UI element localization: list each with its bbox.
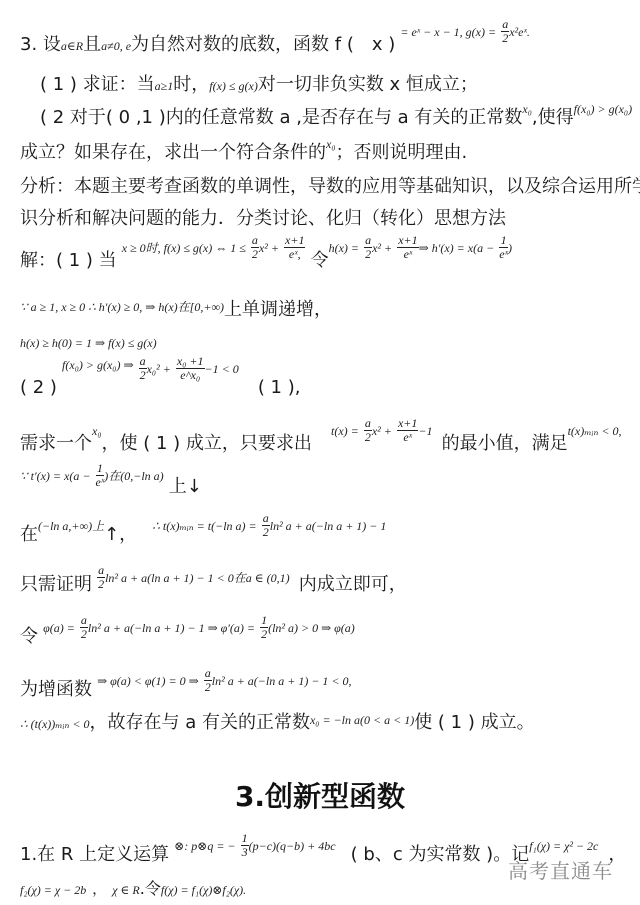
text: 为自然对数的底数，函数 f ( x ) xyxy=(131,34,395,55)
math: x² + xyxy=(259,241,279,255)
text: .令 xyxy=(140,879,161,898)
fraction: x+1eˣ xyxy=(397,234,418,261)
math: f₁(χ) = χ² − 2c xyxy=(529,839,598,853)
math: h(x) = xyxy=(329,241,359,255)
math: ln² a + a(−ln a + 1) − 1 xyxy=(270,519,387,533)
problem3-part2: ( 2 对于( 0 ,1 )内的任意常数 a ,是否存在与 a 有关的正常数x₀… xyxy=(40,103,632,129)
text: 上↓ xyxy=(169,476,202,497)
solution-line3: h(x) ≥ h(0) = 1 ⇒ f(x) ≤ g(x) xyxy=(20,332,157,351)
text: 只需证明 xyxy=(20,574,92,595)
text: ， xyxy=(92,882,106,898)
math: ∵ a ≥ 1, x ≥ 0 ∴ h′(x) ≥ 0, ⇒ h(x)在[0,+∞… xyxy=(20,300,224,314)
math: ⇒ φ(a) < φ(1) = 0 ⇒ xyxy=(97,674,199,688)
text: ，使 ( 1 ) 成立，只要求出 xyxy=(102,433,312,454)
text: 为增函数 xyxy=(20,679,92,700)
math: x² + xyxy=(372,424,392,438)
text: 令 xyxy=(20,626,38,647)
solution-line7: 在(−ln a,+∞)上↑， ∴ t(x)ₘᵢₙ = t(−ln a) = a2… xyxy=(20,510,386,539)
math: x₀ xyxy=(522,102,532,116)
text: 成立？如果存在，求出一个符合条件的 xyxy=(20,142,326,163)
math: a≠0, e xyxy=(101,39,131,53)
solution-line8: 只需证明 a2ln² a + a(ln a + 1) − 1 < 0在a ∈ (… xyxy=(20,562,407,591)
math: ) xyxy=(508,241,512,255)
fraction: 12 xyxy=(260,614,268,641)
math: x₀ xyxy=(92,424,102,438)
math: f₂(χ) = χ − 2b xyxy=(20,883,86,897)
fraction: a2 xyxy=(262,512,270,539)
math: )在(0,−ln a) xyxy=(104,469,163,483)
text: 在 xyxy=(20,524,38,545)
text: 时， xyxy=(173,74,209,95)
text: 3. 设 xyxy=(20,34,61,55)
math: ln² a + a(−ln a + 1) − 1 ⇒ φ′(a) = xyxy=(88,621,255,635)
analysis-line2: 识分析和解决问题的能力．分类讨论、化归（转化）思想方法 xyxy=(20,204,506,230)
fraction: 13 xyxy=(241,832,249,859)
text: 1.在 R 上定义运算 xyxy=(20,844,169,865)
fraction: a2 xyxy=(251,234,259,261)
math: χ ∈ R xyxy=(112,883,140,897)
text: 且 xyxy=(83,34,101,55)
new-problem-line2: f₂(χ) = χ − 2b，χ ∈ R.令f(χ) = f₁(χ)⊗f₂(χ)… xyxy=(20,876,246,899)
math: a∈R xyxy=(61,39,83,53)
math: f(x₀) > g(x₀) xyxy=(574,102,632,116)
math: f(χ) = f₁(χ)⊗f₂(χ). xyxy=(161,883,246,897)
fraction: 1eˣ xyxy=(499,234,508,261)
text: 需求一个 xyxy=(20,433,92,454)
math: ln² a + a(−ln a + 1) − 1 < 0, xyxy=(212,674,352,688)
text: 令 xyxy=(311,250,329,271)
problem3-part1: ( 1 ) 求证：当a≥1时，f(x) ≤ g(x)对一切非负实数 x 恒成立； xyxy=(40,70,478,96)
text: 的最小值，满足 xyxy=(442,433,568,454)
math: ⊗: p⊗q = − xyxy=(174,839,235,853)
solution-line2: ∵ a ≥ 1, x ≥ 0 ∴ h′(x) ≥ 0, ⇒ h(x)在[0,+∞… xyxy=(20,295,332,321)
math: a≥1 xyxy=(155,79,174,93)
watermark: 高考直通车 xyxy=(508,855,613,884)
math: t(x)ₘᵢₙ < 0, xyxy=(568,424,622,438)
math: ∴ t(x)ₘᵢₙ = t(−ln a) = xyxy=(152,519,256,533)
math: ∵ t′(x) = x(a − xyxy=(20,469,90,483)
math: ⇒ h′(x) = x(a − xyxy=(419,241,495,255)
text: 对一切非负实数 x 恒成立； xyxy=(258,74,478,95)
text: ↑， xyxy=(104,524,137,545)
math: x₀² + xyxy=(147,362,171,376)
text: ( b、c 为实常数 )。记 xyxy=(351,844,530,865)
text: 使 ( 1 ) 成立。 xyxy=(414,712,534,733)
math: (p−c)(q−b) + 4bc xyxy=(249,839,336,853)
text: 解：( 1 ) 当 xyxy=(20,250,117,271)
math: = eˣ − x − 1, g(x) = xyxy=(400,25,496,39)
text: ( 2 对于( 0 ,1 )内的任意常数 a ,是否存在与 a 有关的正常数 xyxy=(40,107,522,128)
text: 上单调递增， xyxy=(224,299,332,320)
fraction: x+1eˣ, xyxy=(284,234,305,261)
fraction: a2 xyxy=(364,417,372,444)
text: ，故存在与 a 有关的正常数 xyxy=(90,712,310,733)
text: 识分析和解决问题的能力．分类讨论、化归（转化）思想方法 xyxy=(20,208,506,229)
fraction: 1eˣ xyxy=(96,462,105,489)
math: f(x₀) > g(x₀) ⇒ xyxy=(62,358,133,372)
math: x₀ = −ln a(0 < a < 1) xyxy=(310,713,414,727)
math: ∴ (t(x))ₘᵢₙ < 0 xyxy=(20,717,90,731)
fraction: x+1eˣ xyxy=(397,417,418,444)
text: 分析：本题主要考查函数的单调性，导数的应用等基础知识，以及综合运用所学知 xyxy=(20,176,640,197)
math: x² + xyxy=(372,241,392,255)
fraction: a2 xyxy=(364,234,372,261)
solution-line9: 令 φ(a) = a2ln² a + a(−ln a + 1) − 1 ⇒ φ′… xyxy=(20,612,355,641)
math: (ln² a) > 0 ⇒ φ(a) xyxy=(268,621,355,635)
problem3-line1: 3. 设a∈R且a≠0, e为自然对数的底数，函数 f ( x ) = eˣ −… xyxy=(20,30,530,59)
fraction: a2 xyxy=(204,667,212,694)
section-title: 3.创新型函数 xyxy=(0,775,640,815)
fraction: x₀ +1e^x₀ xyxy=(176,355,205,382)
text: ；否则说明理由. xyxy=(336,142,468,163)
text: ( 1 ) 求证：当 xyxy=(40,74,155,95)
analysis-line1: 分析：本题主要考查函数的单调性，导数的应用等基础知识，以及综合运用所学知 xyxy=(20,172,640,198)
math: t(x) = xyxy=(331,424,359,438)
text: ( 2 ) xyxy=(20,377,57,398)
fraction: a2 xyxy=(501,18,509,45)
fraction: a2 xyxy=(97,564,105,591)
math: f(x) ≤ g(x) xyxy=(209,79,258,93)
solution-line4: ( 2 ) f(x₀) > g(x₀) ⇒ a2x₀² + x₀ +1e^x₀−… xyxy=(20,355,300,382)
math: (−ln a,+∞)上 xyxy=(38,519,104,533)
math: x ≥ 0时, f(x) ≤ g(x) ⇔ 1 ≤ xyxy=(122,241,246,255)
solution-line6: ∵ t′(x) = x(a − 1eˣ)在(0,−ln a) 上↓ xyxy=(20,460,202,489)
text: 内成立即可， xyxy=(299,574,407,595)
fraction: a2 xyxy=(139,355,147,382)
solution-line10: 为增函数 ⇒ φ(a) < φ(1) = 0 ⇒ a2ln² a + a(−ln… xyxy=(20,665,352,694)
solution-line11: ∴ (t(x))ₘᵢₙ < 0，故存在与 a 有关的正常数x₀ = −ln a(… xyxy=(20,708,535,734)
solution-line1: 解：( 1 ) 当 x ≥ 0时, f(x) ≤ g(x) ⇔ 1 ≤ a2x²… xyxy=(20,232,512,261)
math: −1 < 0 xyxy=(205,362,239,376)
solution-line5: 需求一个x₀，使 ( 1 ) 成立，只要求出 t(x) = a2x² + x+1… xyxy=(20,415,621,444)
math: x₀ xyxy=(326,137,336,151)
fraction: a2 xyxy=(80,614,88,641)
math: −1 xyxy=(418,424,432,438)
math: h(x) ≥ h(0) = 1 ⇒ f(x) ≤ g(x) xyxy=(20,336,157,350)
text: ( 1 ), xyxy=(258,377,301,398)
problem3-part2-cont: 成立？如果存在，求出一个符合条件的x₀；否则说明理由. xyxy=(20,138,467,164)
math: x²eˣ. xyxy=(509,25,530,39)
math: φ(a) = xyxy=(43,621,75,635)
text: ,使得 xyxy=(532,107,574,128)
math: ln² a + a(ln a + 1) − 1 < 0在a ∈ (0,1) xyxy=(105,571,290,585)
